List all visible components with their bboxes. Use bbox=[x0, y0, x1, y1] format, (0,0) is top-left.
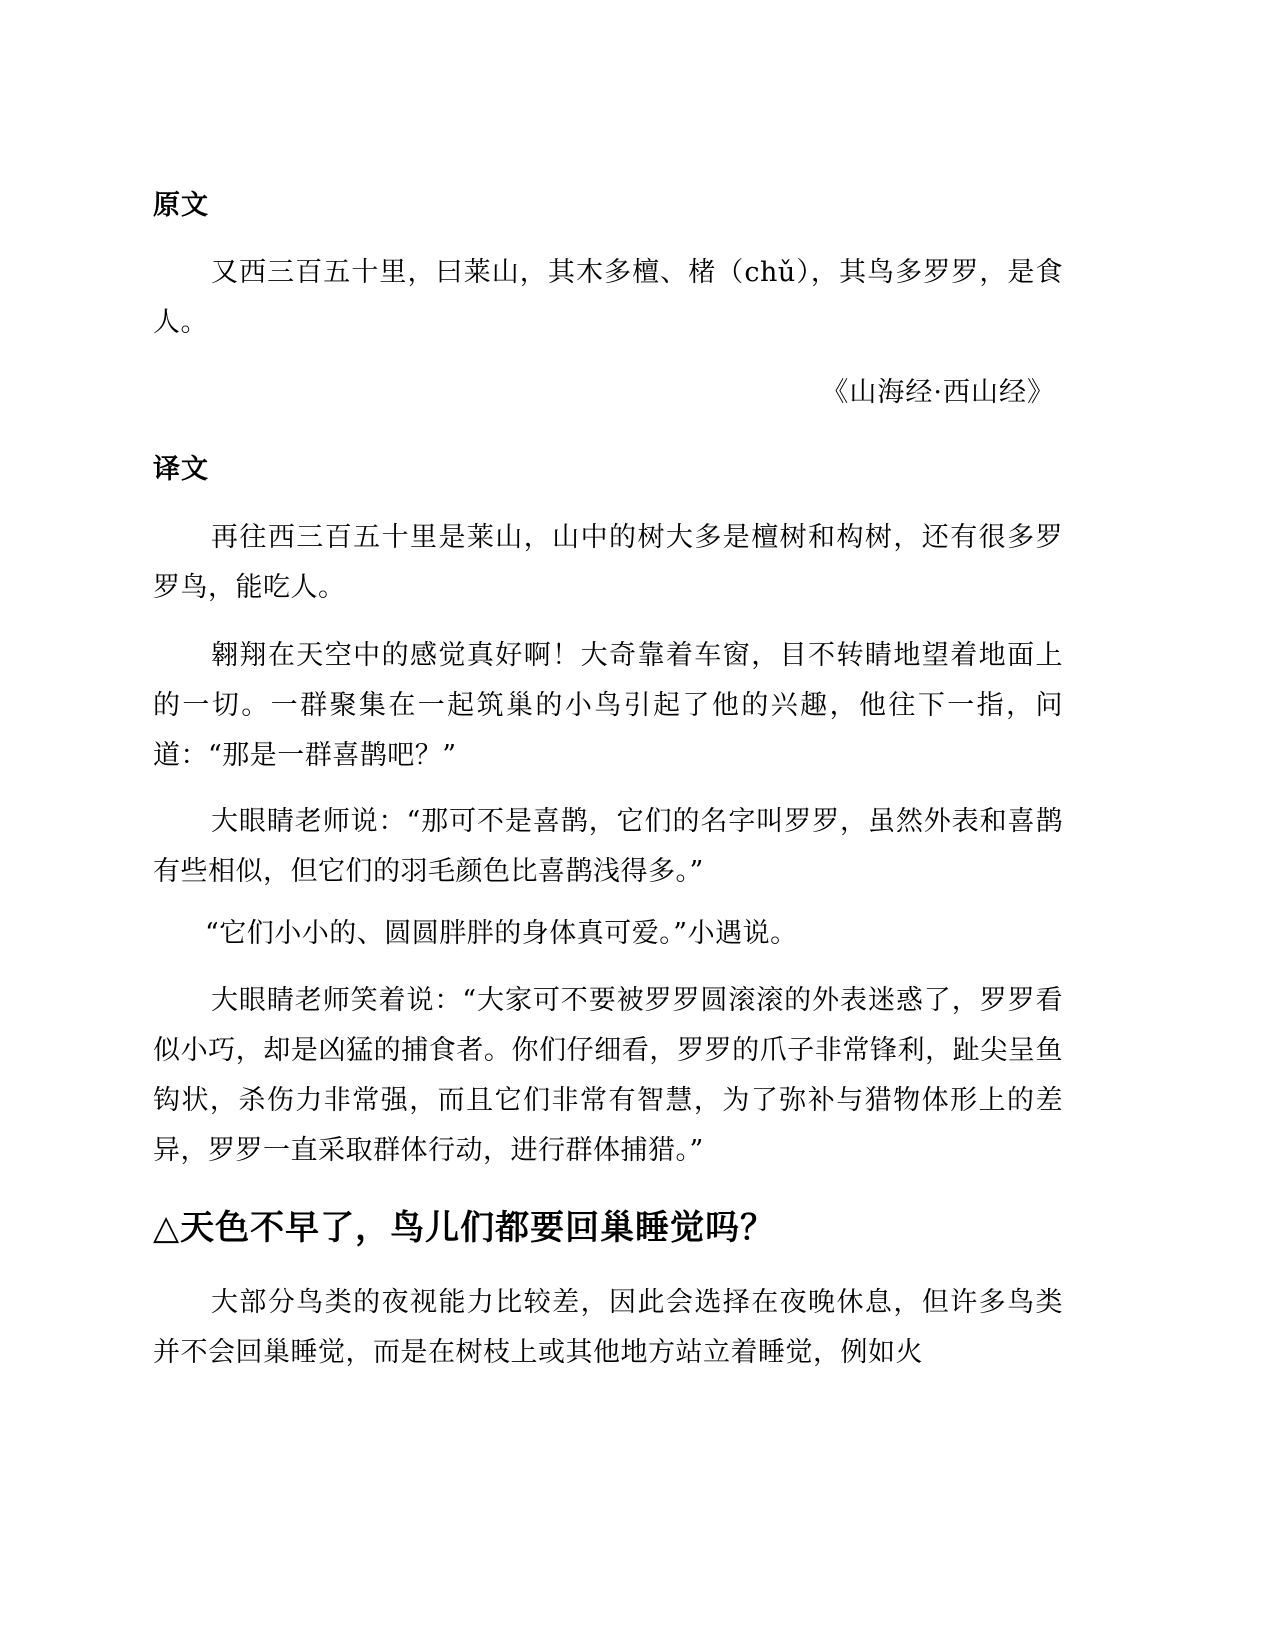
original-heading: 原文 bbox=[153, 183, 209, 222]
story-paragraph: 大眼睛老师笑着说：“大家可不要被罗罗圆滚滚的外表迷惑了，罗罗看似小巧，却是凶猛的… bbox=[153, 976, 1063, 1176]
section-paragraph: 大部分鸟类的夜视能力比较差，因此会选择在夜晚休息，但许多鸟类并不会回巢睡觉，而是… bbox=[153, 1278, 1063, 1378]
story-paragraph: 翱翔在天空中的感觉真好啊！大奇靠着车窗，目不转睛地望着地面上的一切。一群聚集在一… bbox=[153, 631, 1063, 781]
translation-heading: 译文 bbox=[153, 447, 209, 486]
source-citation: 《山海经·西山经》 bbox=[821, 370, 1055, 409]
story-paragraph: 大眼睛老师说：“那可不是喜鹊，它们的名字叫罗罗，虽然外表和喜鹊有些相似，但它们的… bbox=[153, 797, 1063, 897]
story-paragraph: “它们小小的、圆圆胖胖的身体真可爱。”小遇说。 bbox=[153, 909, 1063, 959]
section-title: △天色不早了，鸟儿们都要回巢睡觉吗？ bbox=[153, 1200, 775, 1249]
original-text: 又西三百五十里，曰莱山，其木多檀、楮（chǔ），其鸟多罗罗，是食人。 bbox=[153, 248, 1063, 348]
translation-paragraph: 再往西三百五十里是莱山，山中的树大多是檀树和构树，还有很多罗罗鸟，能吃人。 bbox=[153, 513, 1063, 613]
